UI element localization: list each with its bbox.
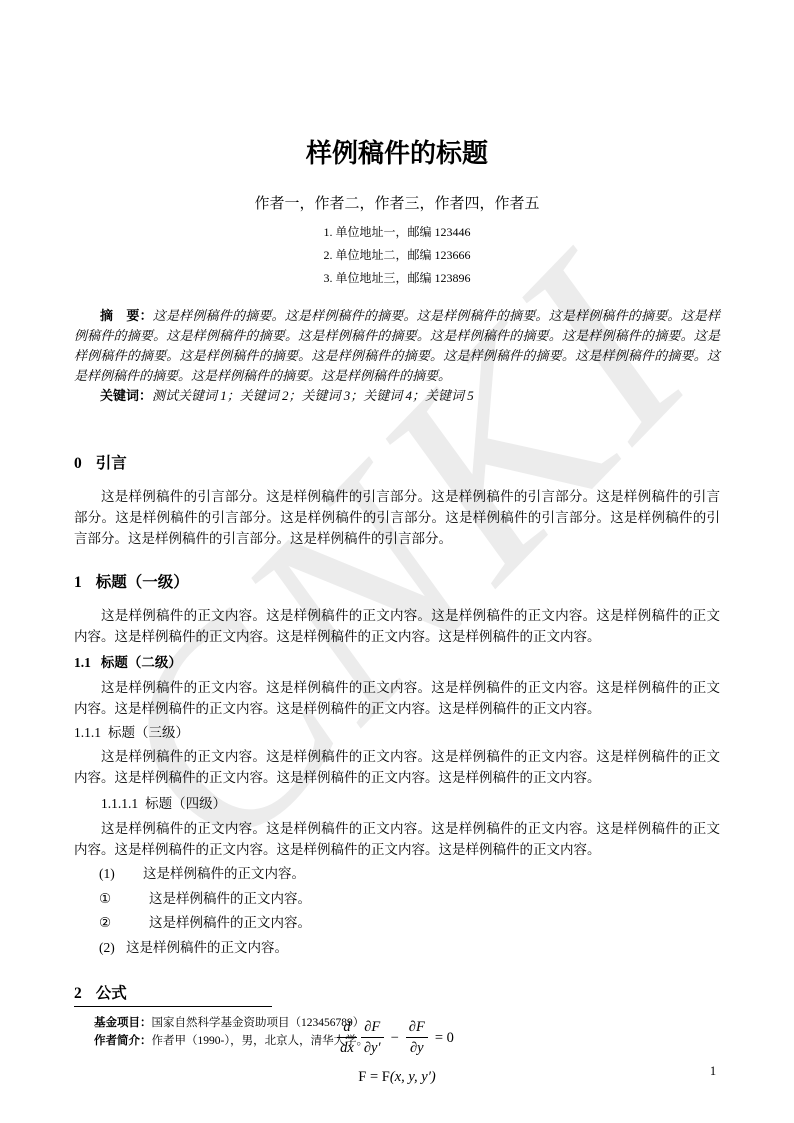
fund-project-text: 国家自然科学基金资助项目（123456789） [152, 1017, 365, 1029]
section-heading-1-1-1-1: 1.1.1.1标题（四级） [74, 794, 720, 814]
list-item: (2)这是样例稿件的正文内容。 [74, 936, 720, 961]
keywords-paragraph: 关键词：测试关键词 1；关键词 2；关键词 3；关键词 4；关键词 5 [74, 386, 720, 406]
page-content: 样例稿件的标题 作者一，作者二，作者三，作者四，作者五 1. 单位地址一，邮编 … [0, 0, 794, 1086]
section-title: 引言 [96, 455, 127, 472]
section-number: 1 [74, 573, 82, 593]
section-number: 1.1 [74, 653, 91, 673]
section-title: 标题（三级） [108, 725, 189, 740]
author-bio-line: 作者简介：作者甲（1990-），男，北京人，清华大学。 [74, 1032, 534, 1050]
page-number: 1 [702, 1064, 724, 1079]
section-heading-1-1-1: 1.1.1标题（三级） [74, 723, 720, 743]
footnote-divider [74, 1006, 272, 1007]
affiliations-block: 1. 单位地址一，邮编 123446 2. 单位地址二，邮编 123666 3.… [74, 221, 720, 290]
list-marker: (1) [99, 862, 143, 887]
fund-project-label: 基金项目： [94, 1017, 152, 1029]
list-text: 这是样例稿件的正文内容。 [126, 940, 288, 955]
section-heading-1-1: 1.1标题（二级） [74, 653, 720, 673]
section-heading-2: 2公式 [74, 984, 720, 1004]
body-paragraph: 这是样例稿件的正文内容。这是样例稿件的正文内容。这是样例稿件的正文内容。这是样例… [74, 677, 720, 719]
affiliation-line: 3. 单位地址三，邮编 123896 [74, 267, 720, 290]
page-title: 样例稿件的标题 [74, 0, 720, 170]
list-text: 这是样例稿件的正文内容。 [149, 891, 311, 906]
abstract-label: 摘 要： [100, 308, 153, 323]
list-item: ②这是样例稿件的正文内容。 [74, 911, 720, 936]
list-text: 这是样例稿件的正文内容。 [143, 866, 305, 881]
section-number: 0 [74, 454, 82, 474]
list-text: 这是样例稿件的正文内容。 [149, 915, 311, 930]
equation-definition: F = F(x, y, y′) [74, 1068, 720, 1086]
keywords-label: 关键词： [100, 388, 152, 403]
section-title: 标题（二级） [101, 655, 182, 670]
list-marker: ② [99, 911, 149, 936]
section-number: 2 [74, 984, 82, 1004]
body-paragraph: 这是样例稿件的正文内容。这是样例稿件的正文内容。这是样例稿件的正文内容。这是样例… [74, 605, 720, 647]
body-paragraph: 这是样例稿件的正文内容。这是样例稿件的正文内容。这是样例稿件的正文内容。这是样例… [74, 746, 720, 788]
body-paragraph: 这是样例稿件的正文内容。这是样例稿件的正文内容。这是样例稿件的正文内容。这是样例… [74, 818, 720, 860]
fund-project-line: 基金项目：国家自然科学基金资助项目（123456789） [74, 1014, 534, 1032]
equation-args: (x, y, y′) [390, 1069, 436, 1085]
authors-line: 作者一，作者二，作者三，作者四，作者五 [74, 194, 720, 214]
list-item: (1)这是样例稿件的正文内容。 [74, 862, 720, 887]
section-title: 标题（四级） [145, 796, 226, 811]
author-bio-label: 作者简介： [94, 1035, 152, 1047]
affiliation-line: 2. 单位地址二，邮编 123666 [74, 244, 720, 267]
list-item: ①这是样例稿件的正文内容。 [74, 887, 720, 912]
section-title: 公式 [96, 985, 127, 1002]
manuscript-page: CNKI 样例稿件的标题 作者一，作者二，作者三，作者四，作者五 1. 单位地址… [0, 0, 794, 1123]
section-number: 1.1.1 [74, 723, 101, 743]
footnote-block: 基金项目：国家自然科学基金资助项目（123456789） 作者简介：作者甲（19… [74, 1006, 534, 1050]
keywords-text: 测试关键词 1；关键词 2；关键词 3；关键词 4；关键词 5 [152, 388, 474, 403]
list-marker: (2) [99, 936, 126, 961]
affiliation-line: 1. 单位地址一，邮编 123446 [74, 221, 720, 244]
section-heading-intro: 0引言 [74, 454, 720, 474]
equation-lhs: F = F [358, 1069, 390, 1085]
abstract-text: 这是样例稿件的摘要。这是样例稿件的摘要。这是样例稿件的摘要。这是样例稿件的摘要。… [74, 308, 720, 383]
abstract-paragraph: 摘 要：这是样例稿件的摘要。这是样例稿件的摘要。这是样例稿件的摘要。这是样例稿件… [74, 306, 720, 386]
section-heading-1: 1标题（一级） [74, 573, 720, 593]
section-title: 标题（一级） [96, 574, 189, 591]
section-number: 1.1.1.1 [101, 794, 138, 814]
intro-paragraph: 这是样例稿件的引言部分。这是样例稿件的引言部分。这是样例稿件的引言部分。这是样例… [74, 486, 720, 549]
author-bio-text: 作者甲（1990-），男，北京人，清华大学。 [152, 1035, 369, 1047]
list-marker: ① [99, 887, 149, 912]
